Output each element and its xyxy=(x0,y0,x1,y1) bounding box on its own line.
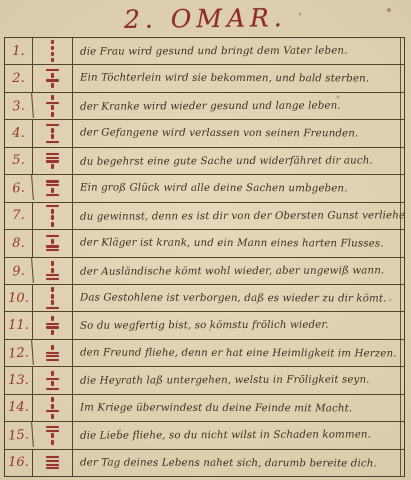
table-row: 8.der Kläger ist krank, und ein Mann ein… xyxy=(5,230,404,257)
answer-text: der Kläger ist krank, und ein Mann eines… xyxy=(73,229,404,257)
single-point-stroke xyxy=(51,95,54,100)
double-point-bar xyxy=(46,184,59,186)
single-point-stroke xyxy=(51,294,54,299)
geomantic-figure-icon xyxy=(33,203,73,229)
single-point-stroke xyxy=(51,287,54,292)
double-point-bar xyxy=(46,69,59,71)
double-point-bar xyxy=(46,307,59,309)
double-point-bar xyxy=(46,388,59,390)
single-point-stroke xyxy=(51,239,54,244)
single-point-stroke xyxy=(51,83,54,88)
geomantic-figure-icon xyxy=(33,65,73,91)
geomantic-figure-icon xyxy=(33,422,73,448)
single-point-stroke xyxy=(51,381,54,386)
geomantic-figure-icon xyxy=(33,367,73,393)
single-point-stroke xyxy=(51,209,54,214)
table-row: 10.Das Gestohlene ist verborgen, daß es … xyxy=(5,285,404,312)
double-point-bar xyxy=(46,352,59,354)
double-point-bar xyxy=(46,410,59,412)
double-point-bar xyxy=(46,355,59,357)
double-point-bar xyxy=(46,378,59,380)
single-point-stroke xyxy=(51,164,54,169)
single-point-stroke xyxy=(51,46,54,50)
table-row: 7.du gewinnst, denn es ist dir von der O… xyxy=(5,203,404,230)
double-point-bar xyxy=(46,426,59,428)
single-point-stroke xyxy=(51,433,54,438)
answer-table: 1.die Frau wird gesund und bringt dem Va… xyxy=(4,37,405,477)
single-point-stroke xyxy=(51,105,54,110)
row-number: 5. xyxy=(5,148,33,174)
geomantic-figure-icon xyxy=(33,148,73,174)
single-point-stroke xyxy=(51,300,54,305)
single-point-stroke xyxy=(51,316,54,321)
answer-text: Ein Töchterlein wird sie bekommen, und b… xyxy=(73,65,404,93)
row-number: 9. xyxy=(4,257,34,285)
row-number: 3. xyxy=(4,92,34,120)
table-row: 12.den Freund fliehe, denn er hat eine H… xyxy=(5,340,404,367)
row-number: 13. xyxy=(5,367,33,393)
table-row: 13.die Heyrath laß untergehen, welstu in… xyxy=(5,367,404,394)
table-row: 1.die Frau wird gesund und bringt dem Va… xyxy=(5,38,404,65)
single-point-stroke xyxy=(51,52,54,56)
row-number: 1. xyxy=(5,38,33,64)
table-row: 14.Im Kriege überwindest du deine Feinde… xyxy=(5,395,404,422)
answer-text: den Freund fliehe, denn er hat eine Heim… xyxy=(73,339,404,367)
answer-text: Ein groß Glück wird alle deine Sachen um… xyxy=(73,175,404,203)
geomantic-figure-icon xyxy=(33,312,73,338)
title-band: 2. OMAR. xyxy=(0,0,411,37)
table-row: 6.Ein groß Glück wird alle deine Sachen … xyxy=(5,175,404,202)
geomantic-figure-icon xyxy=(33,120,73,146)
single-point-stroke xyxy=(51,188,54,193)
single-point-stroke xyxy=(51,261,54,266)
answer-text: der Kranke wird wieder gesund und lange … xyxy=(73,92,404,120)
double-point-bar xyxy=(46,245,59,247)
row-number: 15. xyxy=(4,421,34,449)
answer-text: die Liebe fliehe, so du nicht wilst in S… xyxy=(73,421,404,449)
single-point-stroke xyxy=(51,222,54,227)
geomantic-figure-icon xyxy=(33,395,73,421)
double-point-bar xyxy=(46,460,59,462)
double-point-bar xyxy=(46,157,59,159)
table-row: 9.der Ausländische kömt wohl wieder, abe… xyxy=(5,258,404,285)
single-point-stroke xyxy=(51,128,54,133)
single-point-stroke xyxy=(51,397,54,402)
double-point-bar xyxy=(46,467,59,469)
single-point-stroke xyxy=(51,58,54,62)
answer-text: der Tag deines Lebens nahet sich, darumb… xyxy=(73,449,404,477)
manuscript-page: { "page": { "title": "2. OMAR.", "colors… xyxy=(0,0,411,480)
double-point-bar xyxy=(46,141,59,143)
single-point-stroke xyxy=(51,40,54,44)
double-point-bar xyxy=(46,323,59,325)
row-number: 4. xyxy=(5,120,33,146)
row-number: 6. xyxy=(4,174,34,202)
double-point-bar xyxy=(46,326,59,328)
double-point-bar xyxy=(46,160,59,162)
double-point-bar xyxy=(46,464,59,466)
single-point-stroke xyxy=(51,371,54,376)
single-point-stroke xyxy=(51,404,54,409)
single-point-stroke xyxy=(51,73,54,78)
table-row: 11.So du wegfertig bist, so kömstu fröli… xyxy=(5,312,404,339)
double-point-bar xyxy=(46,79,59,81)
geomantic-figure-icon xyxy=(33,175,73,201)
row-number: 2. xyxy=(5,65,33,91)
double-point-bar xyxy=(46,235,59,237)
double-point-bar xyxy=(46,359,59,361)
geomantic-figure-icon xyxy=(33,285,73,311)
double-point-bar xyxy=(46,456,59,458)
single-point-stroke xyxy=(51,268,54,273)
double-point-bar xyxy=(46,274,59,276)
double-point-bar xyxy=(46,430,59,432)
double-point-bar xyxy=(46,124,59,126)
row-number: 12. xyxy=(4,339,34,367)
answer-text: der Ausländische kömt wohl wieder, aber … xyxy=(73,257,404,285)
row-number: 16. xyxy=(5,450,33,476)
double-point-bar xyxy=(46,205,59,207)
geomantic-figure-icon xyxy=(33,38,73,64)
answer-text: die Frau wird gesund und bringt dem Vate… xyxy=(73,37,404,65)
answer-text: der Gefangene wird verlassen von seinen … xyxy=(73,120,404,148)
row-number: 7. xyxy=(5,203,33,229)
row-number: 8. xyxy=(5,230,33,256)
geomantic-figure-icon xyxy=(33,340,73,366)
answer-text: So du wegfertig bist, so kömstu frölich … xyxy=(73,312,404,340)
single-point-stroke xyxy=(51,112,54,117)
geomantic-figure-icon xyxy=(33,450,73,476)
single-point-stroke xyxy=(51,330,54,335)
single-point-stroke xyxy=(51,440,54,445)
geomantic-figure-icon xyxy=(33,230,73,256)
answer-text: Im Kriege überwindest du deine Feinde mi… xyxy=(73,394,404,422)
double-point-bar xyxy=(46,153,59,155)
answer-text: du gewinnst, denn es ist dir von der Obe… xyxy=(73,202,404,230)
answer-text: die Heyrath laß untergehen, welstu in Fr… xyxy=(73,367,404,395)
page-title: 2. OMAR. xyxy=(124,3,287,34)
single-point-stroke xyxy=(51,215,54,220)
double-point-bar xyxy=(46,102,59,104)
single-point-stroke xyxy=(51,414,54,419)
table-row: 16.der Tag deines Lebens nahet sich, dar… xyxy=(5,450,404,476)
double-point-bar xyxy=(46,278,59,280)
geomantic-figure-icon xyxy=(33,258,73,284)
double-point-bar xyxy=(46,194,59,196)
single-point-stroke xyxy=(51,134,54,139)
table-row: 4.der Gefangene wird verlassen von seine… xyxy=(5,120,404,147)
double-point-bar xyxy=(46,180,59,182)
table-row: 5.du begehrst eine gute Sache und widerf… xyxy=(5,148,404,175)
table-row: 3.der Kranke wird wieder gesund und lang… xyxy=(5,93,404,120)
table-row: 15.die Liebe fliehe, so du nicht wilst i… xyxy=(5,422,404,449)
row-number: 11. xyxy=(5,312,33,338)
single-point-stroke xyxy=(51,345,54,350)
row-number: 10. xyxy=(5,285,33,311)
double-point-bar xyxy=(46,249,59,251)
geomantic-figure-icon xyxy=(33,93,73,119)
table-row: 2.Ein Töchterlein wird sie bekommen, und… xyxy=(5,65,404,92)
row-number: 14. xyxy=(5,395,33,421)
answer-text: Das Gestohlene ist verborgen, daß es wie… xyxy=(73,284,404,312)
answer-text: du begehrst eine gute Sache und widerfäh… xyxy=(73,147,404,175)
